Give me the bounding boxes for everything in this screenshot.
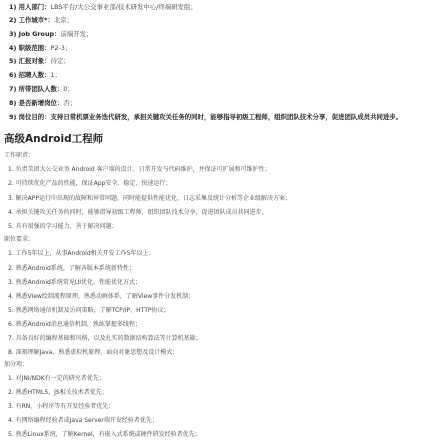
meta-key: 1) 用人部门： [9, 3, 51, 11]
requirement-item: 5. 熟悉网络通信机制及访问策略，了解TCP/IP、HTTP协议； [8, 307, 170, 315]
meta-value: 0； [63, 85, 73, 93]
bonus-item: 5. 熟悉Linux系统，了解Kernel，有嵌入式系统或硬件研发经验者优先； [8, 431, 201, 439]
meta-purpose: 9) 岗位目的：支持日常机票业务迭代研发，承担关键攻关任务的同时，能够指导初级工… [9, 113, 402, 121]
meta-department: 1) 用人部门：LBS平台/大公交事业部/技术研发中心/终端研发组； [9, 3, 197, 11]
responsibility-item: 2. 可持续优化产品的性能，保证App安全、稳定、快速运行； [8, 180, 171, 188]
requirement-item: 3. 熟悉Android系统常见UI优化，性能优化方式； [8, 279, 141, 287]
responsibility-item: 5. 具有很强的学习能力，善于解决问题； [8, 223, 118, 231]
meta-key: 6) 招聘人数： [9, 71, 51, 79]
meta-key: 4) 职级范围： [9, 44, 51, 52]
meta-city: 2) 工作城市*：北京； [9, 16, 73, 24]
meta-report-to: 5) 汇报对象：待定； [9, 57, 70, 65]
meta-value: 前端开发； [60, 30, 92, 38]
meta-value: 北京； [54, 16, 73, 24]
bonus-item: 3. 有RN，小程序等有开发经验者优先； [8, 403, 114, 411]
meta-team-size: 7) 所带团队人数：0； [9, 85, 74, 93]
job-title: 高级Android工程师 [4, 132, 103, 146]
responsibility-item: 1. 负责美团大公交业务 Android 客户端的设计、日常开发与代码维护，并保… [8, 166, 271, 174]
requirement-item: 8. 深刻理解Java，熟悉虚拟机原理，面向对象思想及设计模式； [8, 349, 178, 357]
meta-key: 2) 工作城市*： [9, 16, 54, 24]
requirement-item: 4. 熟悉View绘制流程原理，熟悉动画体系，了解View事件分发机制； [8, 293, 194, 301]
requirement-item: 2. 熟悉Android系统，了解各版本系统新特性； [8, 265, 135, 273]
responsibilities-label: 工作职责： [4, 152, 34, 160]
meta-value: P2-3； [51, 44, 72, 52]
meta-value: 否； [63, 99, 76, 107]
bonus-label: 加分项： [4, 361, 28, 369]
responsibility-item: 3. 解决APP运行中出现的故障和异常问题，同时能提供性能优化、日志采集及统计分… [8, 195, 291, 203]
bonus-item: 2. 熟悉HTML5，JS相关技术者优先； [8, 389, 108, 397]
meta-key: 3) Job Group： [9, 30, 60, 38]
meta-value: 1； [51, 71, 61, 79]
meta-key: 8) 是否新增岗位： [9, 99, 63, 107]
responsibility-item: 4. 承担关键攻关任务的同时，能够指导初级工程师，组织团队技术分享，促进团队成员… [8, 209, 268, 217]
meta-key: 7) 所带团队人数： [9, 85, 63, 93]
meta-key: 5) 汇报对象： [9, 57, 51, 65]
bonus-item: 4. 有网络编程经验者或Java Server端开发经验者优先； [8, 417, 158, 425]
requirements-label: 职位要求： [4, 236, 34, 244]
requirement-item: 7. 具备良好的编程基础和风格，以及扎实的数据结构算法等计算机基础； [8, 335, 202, 343]
meta-key: 9) 岗位目的： [9, 113, 51, 121]
requirement-item: 6. 熟悉Android消息通信机制，熟练掌握多线程； [8, 321, 141, 329]
requirement-item: 1. 工作5年以上，从事Android相关开发工作5年以上； [8, 250, 154, 258]
meta-value: 支持日常机票业务迭代研发，承担关键攻关任务的同时，能够指导初级工程师，组织团队技… [51, 113, 402, 121]
meta-job-group: 3) Job Group：前端开发； [9, 30, 92, 38]
bonus-item: 1. 对JNI/NDK有一定的研究者优先； [8, 375, 105, 383]
meta-headcount: 6) 招聘人数：1； [9, 71, 61, 79]
meta-value: 待定； [51, 57, 70, 65]
meta-level-range: 4) 职级范围：P2-3； [9, 44, 71, 52]
meta-new-position: 8) 是否新增岗位：否； [9, 99, 76, 107]
meta-value: LBS平台/大公交事业部/技术研发中心/终端研发组； [51, 3, 197, 11]
